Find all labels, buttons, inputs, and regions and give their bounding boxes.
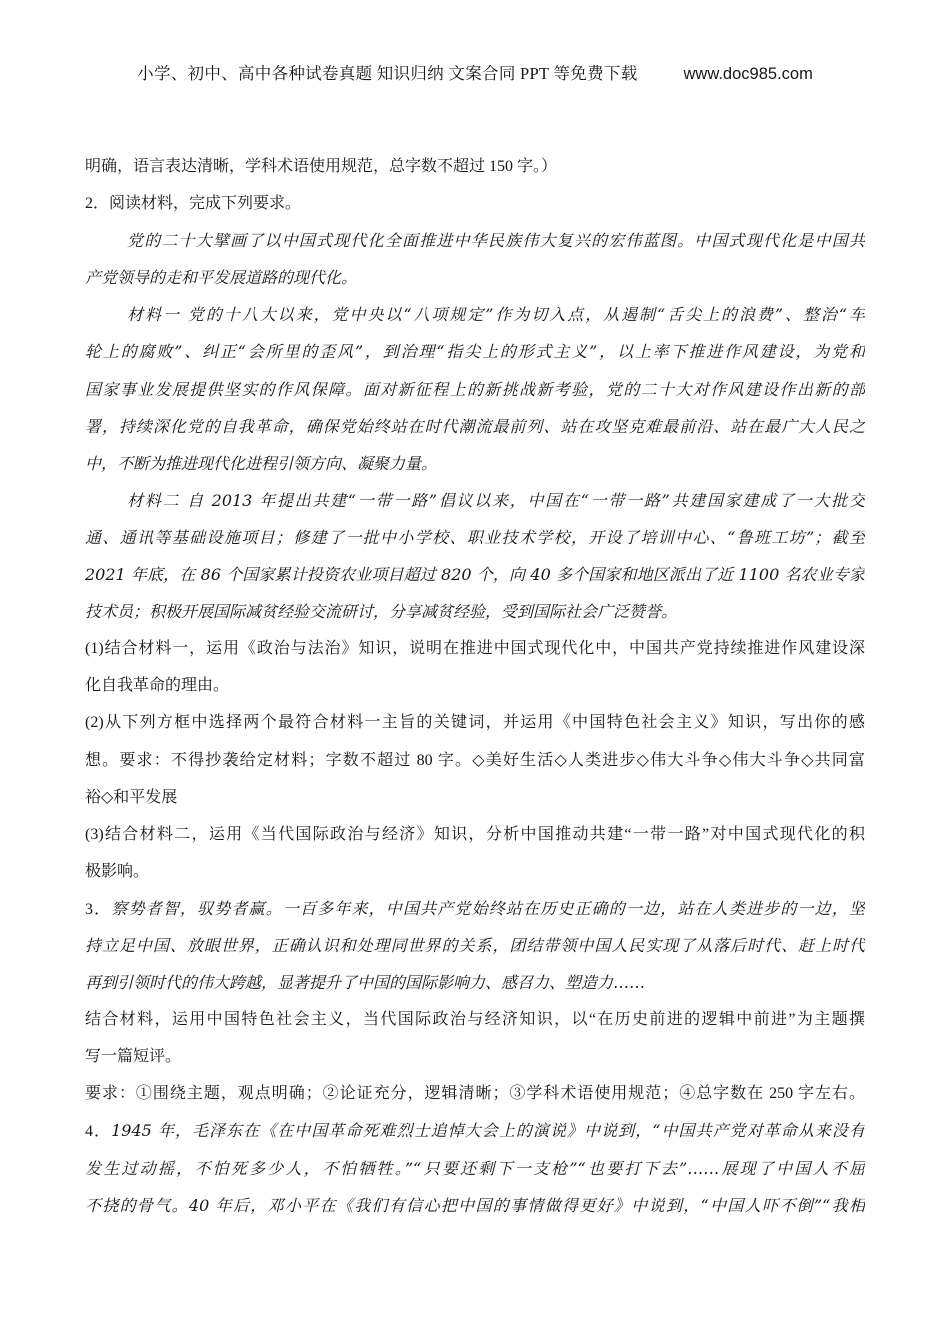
text-segment: 中，不断为推进现代化进程引领方向、凝聚力量。 bbox=[85, 454, 437, 473]
text-line: 4．1945 年，毛泽东在《在中国革命死难烈士追悼大会上的演说》中说到，“中国共… bbox=[85, 1112, 865, 1149]
text-line: 明确，语言表达清晰，学科术语使用规范，总字数不超过 150 字。） bbox=[85, 148, 865, 185]
text-segment: 国家事业发展提供坚实的作风保障。面对新征程上的新挑战新考验，党的二十大对作风建设… bbox=[85, 380, 865, 399]
text-line: 不挠的骨气。40 年后，邓小平在《我们有信心把中国的事情做得更好》中说到，“中国… bbox=[85, 1187, 865, 1224]
site-url-link[interactable]: www.doc985.com bbox=[684, 65, 813, 84]
text-line: 国家事业发展提供坚实的作风保障。面对新征程上的新挑战新考验，党的二十大对作风建设… bbox=[85, 371, 865, 408]
text-segment: 党的二十大擘画了以中国式现代化全面推进中华民族伟大复兴的宏伟蓝图。中国式现代化是… bbox=[127, 231, 865, 250]
text-line: 材料一 党的十八大以来，党中央以“八项规定”作为切入点，从遏制“舌尖上的浪费”、… bbox=[85, 296, 865, 333]
exam-paper-page: { "page": { "width": 950, "height": 1344… bbox=[0, 0, 950, 1344]
text-line: 中，不断为推进现代化进程引领方向、凝聚力量。 bbox=[85, 445, 865, 482]
text-segment: 1945 年，毛泽东在《在中国革命死难烈士追悼大会上的演说》中说到，“中国共产党… bbox=[111, 1121, 865, 1140]
text-line: 党的二十大擘画了以中国式现代化全面推进中华民族伟大复兴的宏伟蓝图。中国式现代化是… bbox=[85, 222, 865, 259]
text-line: 产党领导的走和平发展道路的现代化。 bbox=[85, 259, 865, 296]
text-line: 裕◇和平发展 bbox=[85, 779, 865, 816]
text-segment: 材料一 党的十八大以来，党中央以“八项规定”作为切入点，从遏制“舌尖上的浪费”、… bbox=[127, 305, 865, 324]
text-segment: 结合材料，运用中国特色社会主义，当代国际政治与经济知识，以“在历史前进的逻辑中前… bbox=[85, 1011, 865, 1028]
text-line: 极影响。 bbox=[85, 853, 865, 890]
text-segment: 写一篇短评。 bbox=[85, 1048, 181, 1065]
text-segment: 署，持续深化党的自我革命，确保党始终站在时代潮流最前列、站在攻坚克难最前沿、站在… bbox=[85, 417, 865, 436]
text-line: (1)结合材料一，运用《政治与法治》知识，说明在推进中国式现代化中，中国共产党持… bbox=[85, 630, 865, 667]
text-line: 署，持续深化党的自我革命，确保党始终站在时代潮流最前列、站在攻坚克难最前沿、站在… bbox=[85, 408, 865, 445]
text-line: 轮上的腐败”、纠正“会所里的歪风”，到治理“指尖上的形式主义”，以上率下推进作风… bbox=[85, 333, 865, 370]
text-line: (2)从下列方框中选择两个最符合材料一主旨的关键词，并运用《中国特色社会主义》知… bbox=[85, 704, 865, 741]
text-line: 2021 年底，在 86 个国家累计投资农业项目超过 820 个，向 40 多个… bbox=[85, 556, 865, 593]
text-segment: (1)结合材料一，运用《政治与法治》知识，说明在推进中国式现代化中，中国共产党持… bbox=[85, 640, 865, 657]
text-line: 2．阅读材料，完成下列要求。 bbox=[85, 185, 865, 222]
text-line: 通、通讯等基础设施项目；修建了一批中小学校、职业技术学校，开设了培训中心、“鲁班… bbox=[85, 519, 865, 556]
text-segment: 2021 年底，在 86 个国家累计投资农业项目超过 820 个，向 40 多个… bbox=[85, 565, 865, 593]
text-segment: 技术员；积极开展国际减贫经验交流研讨，分享减贫经验，受到国际社会广泛赞誉。 bbox=[85, 602, 677, 621]
text-segment: 4． bbox=[85, 1123, 111, 1140]
text-segment: 极影响。 bbox=[85, 863, 149, 880]
page-header: 小学、初中、高中各种试卷真题 知识归纳 文案合同 PPT 等免费下载 www.d… bbox=[0, 60, 950, 84]
text-segment: 通、通讯等基础设施项目；修建了一批中小学校、职业技术学校，开设了培训中心、“鲁班… bbox=[85, 528, 865, 547]
site-notice-text: 小学、初中、高中各种试卷真题 知识归纳 文案合同 PPT 等免费下载 bbox=[137, 60, 637, 84]
text-segment: 明确，语言表达清晰，学科术语使用规范，总字数不超过 150 字。） bbox=[85, 158, 557, 175]
text-line: (3)结合材料二，运用《当代国际政治与经济》知识，分析中国推动共建“一带一路”对… bbox=[85, 816, 865, 853]
text-segment: (2)从下列方框中选择两个最符合材料一主旨的关键词，并运用《中国特色社会主义》知… bbox=[85, 714, 865, 731]
text-line: 再到引领时代的伟大跨越，显著提升了中国的国际影响力、感召力、塑造力…… bbox=[85, 964, 865, 1001]
text-segment: 想。要求：不得抄袭给定材料；字数不超过 80 字。◇美好生活◇人类进步◇伟大斗争… bbox=[85, 752, 865, 769]
text-segment: 不挠的骨气。40 年后，邓小平在《我们有信心把中国的事情做得更好》中说到，“中国… bbox=[85, 1196, 865, 1215]
text-segment: 2．阅读材料，完成下列要求。 bbox=[85, 195, 301, 212]
text-line: 技术员；积极开展国际减贫经验交流研讨，分享减贫经验，受到国际社会广泛赞誉。 bbox=[85, 593, 865, 630]
text-line: 要求：①围绕主题，观点明确；②论证充分，逻辑清晰；③学科术语使用规范；④总字数在… bbox=[85, 1075, 865, 1112]
text-line: 材料二 自 2013 年提出共建“一带一路”倡议以来，中国在“一带一路”共建国家… bbox=[85, 482, 865, 519]
text-line: 写一篇短评。 bbox=[85, 1038, 865, 1075]
text-segment: 化自我革命的理由。 bbox=[85, 677, 229, 694]
text-segment: (3)结合材料二，运用《当代国际政治与经济》知识，分析中国推动共建“一带一路”对… bbox=[85, 826, 865, 843]
document-body: 明确，语言表达清晰，学科术语使用规范，总字数不超过 150 字。）2．阅读材料，… bbox=[85, 148, 865, 1224]
text-line: 持立足中国、放眼世界，正确认识和处理同世界的关系，团结带领中国人民实现了从落后时… bbox=[85, 927, 865, 964]
text-segment: 再到引领时代的伟大跨越，显著提升了中国的国际影响力、感召力、塑造力…… bbox=[85, 973, 645, 992]
text-line: 3．察势者智，驭势者赢。一百多年来，中国共产党始终站在历史正确的一边，站在人类进… bbox=[85, 890, 865, 927]
text-line: 结合材料，运用中国特色社会主义，当代国际政治与经济知识，以“在历史前进的逻辑中前… bbox=[85, 1001, 865, 1038]
text-segment: 裕◇和平发展 bbox=[85, 789, 177, 806]
text-segment: 3． bbox=[85, 901, 111, 918]
text-segment: 持立足中国、放眼世界，正确认识和处理同世界的关系，团结带领中国人民实现了从落后时… bbox=[85, 936, 865, 955]
text-segment: 要求：①围绕主题，观点明确；②论证充分，逻辑清晰；③学科术语使用规范；④总字数在… bbox=[85, 1085, 865, 1102]
text-line: 化自我革命的理由。 bbox=[85, 667, 865, 704]
text-segment: 材料二 自 2013 年提出共建“一带一路”倡议以来，中国在“一带一路”共建国家… bbox=[127, 491, 865, 510]
text-segment: 察势者智，驭势者赢。一百多年来，中国共产党始终站在历史正确的一边，站在人类进步的… bbox=[111, 899, 865, 918]
text-segment: 产党领导的走和平发展道路的现代化。 bbox=[85, 268, 357, 287]
text-line: 发生过动摇，不怕死多少人，不怕牺牲。”“只要还剩下一支枪”“也要打下去”……展现… bbox=[85, 1150, 865, 1187]
text-segment: 发生过动摇，不怕死多少人，不怕牺牲。”“只要还剩下一支枪”“也要打下去”……展现… bbox=[85, 1159, 865, 1178]
text-line: 想。要求：不得抄袭给定材料；字数不超过 80 字。◇美好生活◇人类进步◇伟大斗争… bbox=[85, 742, 865, 779]
text-segment: 轮上的腐败”、纠正“会所里的歪风”，到治理“指尖上的形式主义”，以上率下推进作风… bbox=[85, 342, 865, 361]
